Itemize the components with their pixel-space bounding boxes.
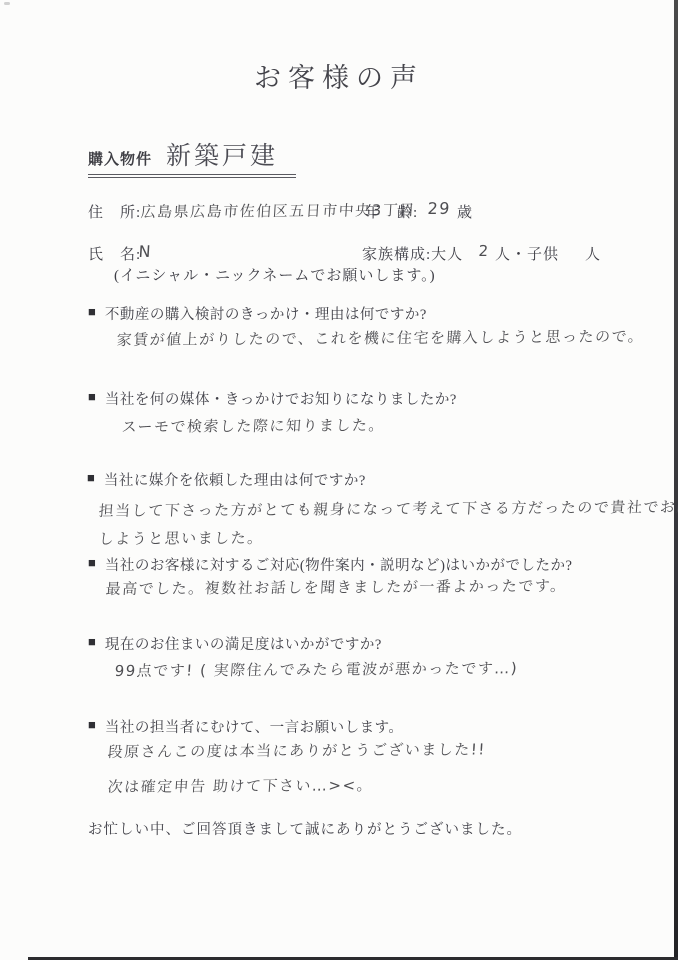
answer-5-line-1: 99点です! ( 実際住んでみたら電波が悪かったです…) — [114, 657, 519, 681]
question-1: ■ 不動産の購入検討のきっかけ・理由は何ですか? — [88, 303, 427, 324]
name-value: N — [138, 242, 153, 261]
bullet-square-icon: ■ — [88, 633, 96, 650]
question-4: ■ 当社のお客様に対するご対応(物件案内・説明など)はいかがでしたか? — [88, 554, 572, 575]
purchased-property-value: 新築戸建 — [166, 143, 278, 170]
answer-4-line-1: 最高でした。複数社お話しを聞きましたが一番よかったです。 — [105, 575, 567, 599]
age-suffix: 歳 — [457, 201, 473, 222]
bullet-square-icon: ■ — [87, 469, 95, 486]
bullet-square-icon: ■ — [88, 388, 96, 405]
answer-6-line-1: 段原さんこの度は本当にありがとうございました!! — [107, 738, 487, 762]
age-value: 29 — [427, 199, 452, 218]
question-6-text: 当社の担当者にむけて、一言お願いします。 — [105, 716, 404, 737]
question-3: ■ 当社に媒介を依頼した理由は何ですか? — [87, 469, 366, 490]
bullet-square-icon: ■ — [88, 716, 96, 733]
question-2: ■ 当社を何の媒体・きっかけでお知りになりましたか? — [88, 388, 457, 409]
family-suffix: 人 — [585, 243, 601, 264]
question-3-text: 当社に媒介を依頼した理由は何ですか? — [104, 469, 366, 490]
scan-edge-right — [674, 0, 678, 960]
answer-6-line-2: 次は確定申告 助けて下さい…><。 — [107, 774, 374, 797]
answer-3-line-1: 担当して下さった方がとても親身になって考えて下さる方だったので貴社でお願い — [98, 496, 678, 521]
question-5: ■ 現在のお住まいの満足度はいかがですか? — [88, 633, 382, 654]
question-6: ■ 当社の担当者にむけて、一言お願いします。 — [88, 716, 403, 737]
family-label-adults: 家族構成:大人 — [362, 243, 463, 264]
bullet-square-icon: ■ — [88, 303, 96, 320]
answer-3-line-2: しようと思いました。 — [98, 527, 264, 549]
page-title: お客様の声 — [0, 56, 678, 95]
family-label-children: 人・子供 — [495, 243, 559, 264]
question-4-text: 当社のお客様に対するご対応(物件案内・説明など)はいかがでしたか? — [105, 554, 573, 575]
scanned-survey-page: お客様の声 購入物件新築戸建 住 所: 広島県広島市佐伯区五日市中央3丁目 年 … — [0, 0, 678, 960]
scan-smudge — [4, 2, 10, 5]
name-label: 氏 名: — [88, 243, 141, 264]
bullet-square-icon: ■ — [88, 554, 96, 571]
question-1-text: 不動産の購入検討のきっかけ・理由は何ですか? — [105, 303, 427, 324]
purchased-property-line: 購入物件新築戸建 — [88, 136, 296, 178]
answer-2-line-1: スーモで検索した際に知りました。 — [121, 414, 386, 437]
closing-thanks-text: お忙しい中、ご回答頂きまして誠にありがとうございました。 — [88, 818, 522, 839]
question-2-text: 当社を何の媒体・きっかけでお知りになりましたか? — [105, 388, 457, 409]
question-5-text: 現在のお住まいの満足度はいかがですか? — [105, 633, 382, 654]
name-note: (イニシャル・ニックネームでお願いします。) — [114, 264, 436, 285]
age-label: 年 齢: — [365, 201, 418, 222]
answer-1-line-1: 家賃が値上がりしたので、これを機に住宅を購入しようと思ったので。 — [116, 325, 645, 350]
address-label: 住 所: — [88, 201, 141, 222]
family-adults-value: 2 — [478, 242, 490, 260]
purchased-property-label: 購入物件 — [88, 152, 152, 168]
